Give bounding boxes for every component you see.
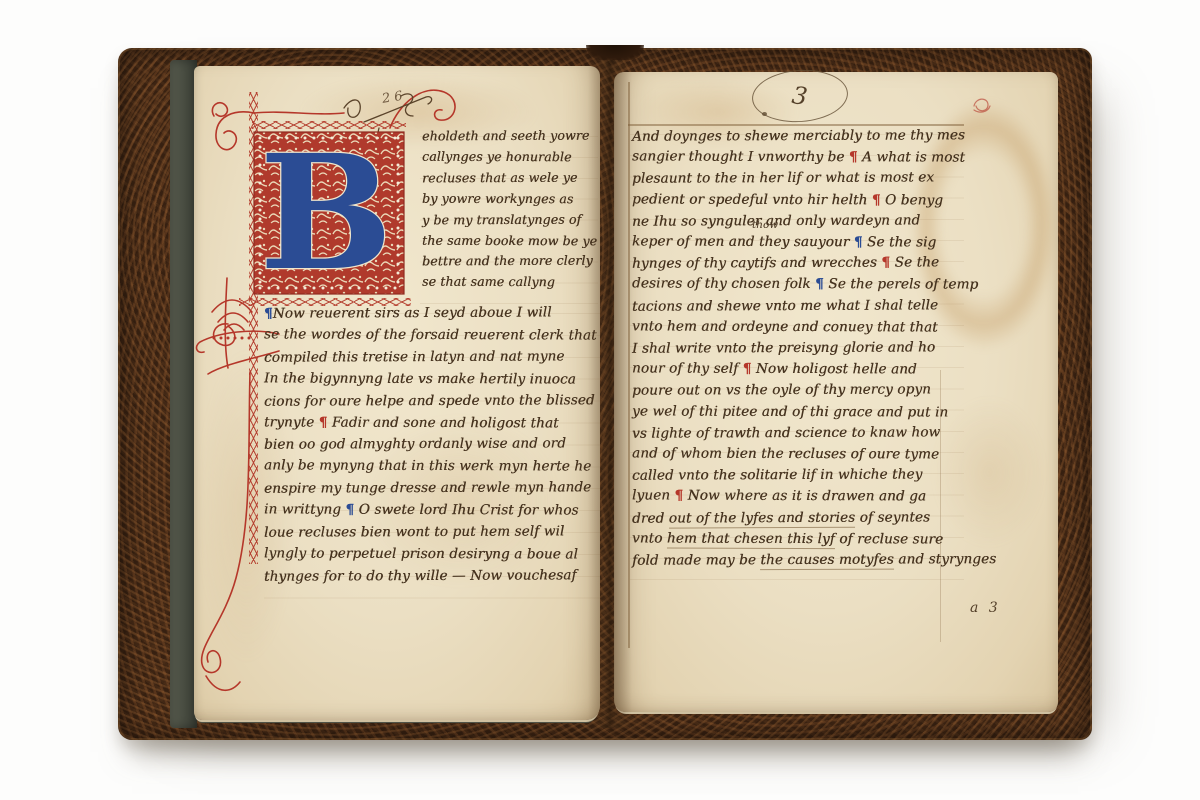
left-page: B 26 eholdeth and seeth yowrecallynges y… bbox=[194, 66, 600, 720]
manuscript-line: vnto hem and ordeyne and conuey that tha… bbox=[632, 316, 964, 338]
manuscript-line: the same booke mow be ye bbox=[422, 230, 598, 252]
manuscript-line: compiled this tretise in latyn and nat m… bbox=[264, 346, 602, 369]
manuscript-line: enspire my tunge dresse and rewle myn ha… bbox=[264, 478, 602, 501]
manuscript-line: vnto hem that chesen this lyf of recluse… bbox=[632, 528, 964, 550]
manuscript-line: by yowre workynges as bbox=[422, 188, 598, 210]
manuscript-line: And doynges to shewe merciably to me thy… bbox=[632, 125, 964, 148]
manuscript-line: hynges of thy caytifs and wrecches ¶ Se … bbox=[632, 252, 964, 275]
roundel-dot bbox=[762, 112, 767, 116]
manuscript-line: keper of men and they sauyour ¶ Se the s… bbox=[632, 231, 964, 253]
manuscript-line: I shal write vnto the preisyng glorie an… bbox=[632, 337, 964, 360]
pen-trial-scribble: 26 bbox=[381, 88, 408, 107]
manuscript-line: se that same callyng bbox=[422, 272, 598, 294]
manuscript-line: cions for oure helpe and spede vnto the … bbox=[264, 390, 602, 413]
manuscript-book: B 26 eholdeth and seeth yowrecallynges y… bbox=[118, 48, 1092, 740]
manuscript-line: lyuen ¶ Now where as it is drawen and ga bbox=[632, 486, 964, 508]
initial-letter: B bbox=[259, 130, 393, 296]
manuscript-line: sangier thought I vnworthy be ¶ A what i… bbox=[632, 147, 964, 169]
page-number: 3 bbox=[790, 81, 809, 111]
manuscript-line: ¶Now reuerent sirs as I seyd aboue I wil… bbox=[264, 302, 602, 325]
manuscript-line: pedient or spedeful vnto hir helth ¶ O b… bbox=[632, 189, 964, 211]
quire-signature: a 3 bbox=[970, 600, 1001, 616]
red-doodle bbox=[966, 92, 996, 116]
left-page-body-text: ¶Now reuerent sirs as I seyd aboue I wil… bbox=[264, 303, 602, 588]
illuminated-initial-B: B bbox=[252, 130, 406, 296]
manuscript-line: eholdeth and seeth yowre bbox=[422, 126, 598, 148]
manuscript-line: and of whom bien the recluses of oure ty… bbox=[632, 443, 964, 465]
manuscript-line: thynges for to do thy wille — Now vouche… bbox=[264, 565, 602, 588]
manuscript-line: loue recluses bien wont to put hem self … bbox=[264, 521, 602, 544]
manuscript-line: anly be mynyng that in this werk myn her… bbox=[264, 456, 602, 479]
spine-notch bbox=[586, 45, 644, 60]
manuscript-line: plesaunt to the in her lif or what is mo… bbox=[632, 168, 964, 191]
red-zigzag-top bbox=[252, 121, 406, 129]
manuscript-line: poure out on vs the oyle of thy mercy op… bbox=[632, 380, 964, 403]
manuscript-line: desires of thy chosen folk ¶ Se the pere… bbox=[632, 274, 964, 296]
manuscript-line: ne Ihu so synguler and only wardeyn and bbox=[632, 210, 964, 233]
page-number-roundel: 3 bbox=[750, 67, 849, 126]
manuscript-line: lyngly to perpetuel prison desiryng a bo… bbox=[264, 543, 602, 566]
ruled-margin-line bbox=[628, 82, 630, 648]
manuscript-line: ye wel of thi pitee and of thi grace and… bbox=[632, 401, 964, 423]
manuscript-line: tacions and shewe vnto me what I shal te… bbox=[632, 295, 964, 318]
manuscript-line: fold made may be the causes motyfes and … bbox=[632, 549, 964, 572]
endpaper-edge bbox=[170, 60, 197, 728]
manuscript-line: bettre and the more clerly bbox=[422, 251, 598, 273]
manuscript-line: vs lighte of trawth and science to knaw … bbox=[632, 422, 964, 445]
manuscript-line: in writtyng ¶ O swete lord Ihu Crist for… bbox=[264, 500, 602, 523]
manuscript-line: called vnto the solitarie lif in whiche … bbox=[632, 465, 964, 488]
manuscript-line: bien oo god almyghty ordanly wise and or… bbox=[264, 434, 602, 457]
manuscript-line: recluses that as wele ye bbox=[422, 167, 598, 189]
right-page-text: And doynges to shewe merciably to me thy… bbox=[632, 126, 964, 571]
manuscript-line: se the wordes of the forsaid reuerent cl… bbox=[264, 324, 602, 347]
manuscript-line: y be my translatynges of bbox=[422, 209, 598, 231]
right-page: 3 thow And doynges to shewe merciably to… bbox=[614, 72, 1058, 712]
manuscript-line: In the bigynnyng late vs make hertily in… bbox=[264, 368, 602, 391]
left-page-text-beside-initial: eholdeth and seeth yowrecallynges ye hon… bbox=[422, 126, 598, 293]
manuscript-line: dred out of the lyfes and stories of sey… bbox=[632, 507, 964, 530]
manuscript-line: callynges ye honurable bbox=[422, 147, 598, 169]
manuscript-line: nour of thy self ¶ Now holigost helle an… bbox=[632, 359, 964, 381]
manuscript-line: trynyte ¶ Fadir and sone and holigost th… bbox=[264, 412, 602, 435]
